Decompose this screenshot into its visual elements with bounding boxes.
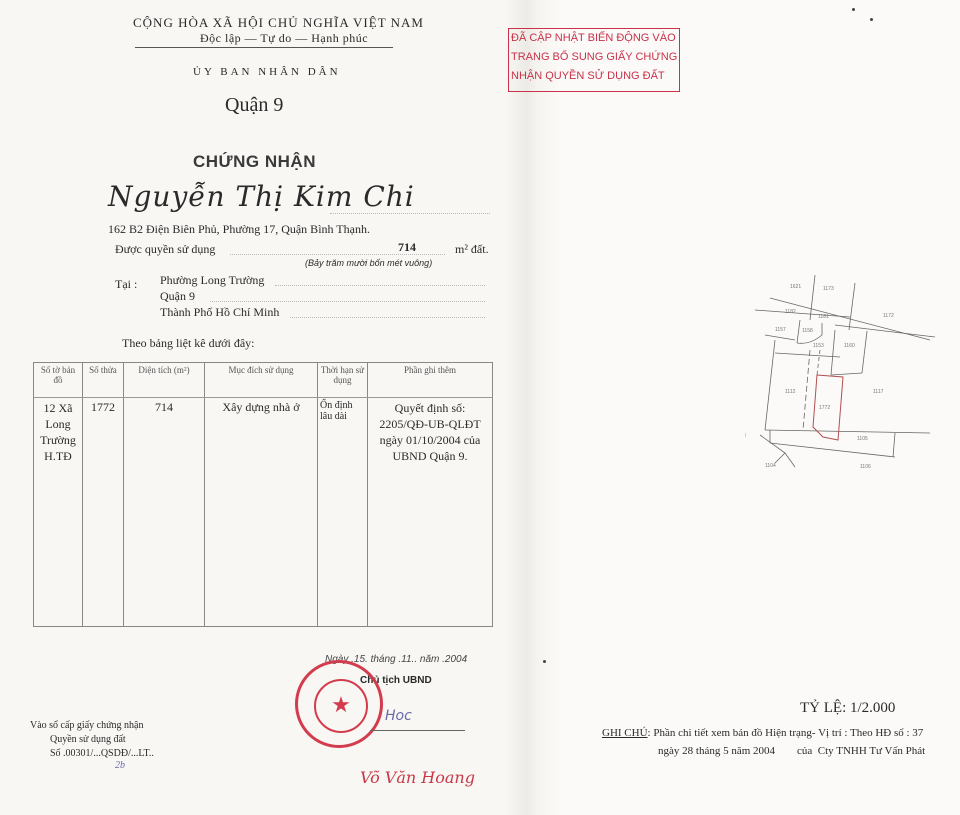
parcel-label: 1117 — [873, 389, 884, 395]
subject-parcel-label: 1772 — [819, 405, 830, 411]
holder-address: 162 B2 Điện Biên Phủ, Phường 17, Quận Bì… — [108, 222, 370, 237]
issuer-label: ỦY BAN NHÂN DÂN — [193, 66, 341, 78]
location-ward: Phường Long Trường — [160, 273, 264, 288]
use-right-label: Được quyền sử dụng — [115, 242, 215, 257]
registry-line-2: Quyền sử dụng đất — [50, 734, 126, 745]
registry-number: Số .00301/...QSDĐ/...LT.. — [50, 748, 154, 759]
holder-name: Nguyễn Thị Kim Chi — [108, 180, 415, 213]
location-district: Quận 9 — [160, 289, 195, 304]
parcel-label: 1157 — [775, 327, 786, 333]
area-value: 714 — [398, 240, 416, 255]
registry-line-1: Vào sổ cấp giấy chứng nhận — [30, 720, 143, 731]
cell-area: 714 — [124, 398, 205, 627]
col-map-sheet: Số tờ bản đồ — [34, 363, 83, 398]
list-intro: Theo bảng liệt kê dưới đây: — [122, 336, 254, 351]
certificate-title: CHỨNG NHẬN — [193, 152, 316, 172]
location-dotted-line — [210, 301, 485, 302]
page-fold — [505, 0, 560, 815]
parcel-label: 1173 — [823, 286, 834, 292]
footnote-line-1: GHI CHÚ: Phần chi tiết xem bản đồ Hiện t… — [602, 727, 923, 739]
speck — [852, 8, 855, 11]
location-city: Thành Phố Hồ Chí Minh — [160, 305, 279, 320]
col-parcel: Số thửa — [83, 363, 124, 398]
parcel-label: 1621 — [790, 284, 801, 290]
cell-parcel: 1772 — [83, 398, 124, 627]
parcel-label: 1158 — [802, 328, 813, 334]
republic-heading: CỘNG HÒA XÃ HỘI CHỦ NGHĨA VIỆT NAM — [133, 15, 424, 31]
parcel-label: 1105 — [857, 436, 868, 442]
footnote-text-1: : Phần chi tiết xem bản đồ Hiện trạng- V… — [648, 727, 924, 739]
col-area: Diện tích (m²) — [124, 363, 205, 398]
speck — [543, 660, 546, 663]
cell-map-sheet: 12 Xã Long Trường H.TĐ — [34, 398, 83, 627]
official-seal: ★ — [295, 660, 383, 748]
parcel-label: 1153 — [813, 343, 824, 349]
stamp-line-3: NHẬN QUYỀN SỬ DỤNG ĐẤT — [511, 67, 679, 86]
cell-note: Quyết định số: 2205/QĐ-UB-QLĐT ngày 01/1… — [368, 398, 493, 627]
location-dotted-line — [290, 317, 485, 318]
col-term: Thời hạn sử dụng — [318, 363, 368, 398]
registry-sub: 2b — [115, 760, 125, 771]
header-divider — [135, 47, 393, 48]
cell-term: Ổn định lâu dài — [318, 398, 368, 627]
table-header-row: Số tờ bản đồ Số thửa Diện tích (m²) Mục … — [34, 363, 493, 398]
footnote-line-2: ngày 28 tháng 5 năm 2004 của Cty TNHH Tư… — [658, 745, 925, 757]
signature-line — [370, 730, 465, 731]
area-in-words: (Bảy trăm mười bốn mét vuông) — [305, 258, 432, 268]
national-motto: Độc lập — Tự do — Hạnh phúc — [200, 31, 368, 46]
cadastral-map: 1621 1173 1182 1181 1172 1157 1158 1153 … — [745, 275, 945, 475]
signer-name: Võ Văn Hoang — [360, 768, 475, 787]
parcel-label: 1172 — [883, 313, 894, 319]
cell-purpose: Xây dựng nhà ở — [205, 398, 318, 627]
parcel-label: 1104 — [765, 463, 776, 469]
parcel-label: 1112 — [785, 389, 796, 395]
parcel-label: 1163 — [745, 433, 746, 439]
stamp-line-1: ĐÃ CẬP NHẬT BIẾN ĐỘNG VÀO — [511, 29, 679, 48]
parcel-label: 1181 — [818, 314, 829, 320]
parcel-label: 1182 — [785, 309, 796, 315]
map-scale: TỶ LỆ: 1/2.000 — [800, 700, 895, 717]
col-purpose: Mục đích sử dụng — [205, 363, 318, 398]
parcel-label: 1106 — [860, 464, 871, 470]
footnote-label: GHI CHÚ — [602, 727, 648, 739]
location-dotted-line — [275, 285, 485, 286]
col-notes: Phần ghi thêm — [368, 363, 493, 398]
land-parcel-table: Số tờ bản đồ Số thửa Diện tích (m²) Mục … — [33, 362, 493, 627]
star-emblem-icon: ★ — [314, 679, 368, 733]
name-dotted-line — [330, 213, 490, 214]
speck — [870, 18, 873, 21]
parcel-label: 1160 — [844, 343, 855, 349]
location-label: Tại : — [115, 277, 137, 292]
table-row: 12 Xã Long Trường H.TĐ 1772 714 Xây dựng… — [34, 398, 493, 627]
signature-scrawl: Hoc — [385, 708, 412, 724]
area-unit: m² đất. — [455, 242, 489, 257]
stamp-line-2: TRANG BỔ SUNG GIẤY CHỨNG — [511, 48, 679, 67]
issuer-district: Quận 9 — [225, 94, 283, 117]
update-stamp: ĐÃ CẬP NHẬT BIẾN ĐỘNG VÀO TRANG BỔ SUNG … — [508, 28, 680, 92]
